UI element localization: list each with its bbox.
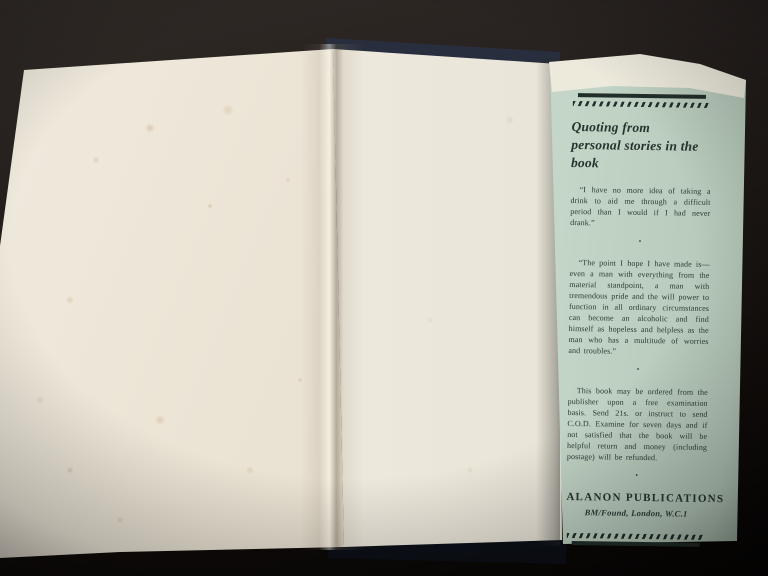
flap-printed-content: Quoting from personal stories in the boo… [566, 93, 712, 547]
flap-heading-line2: personal stories in the book [571, 136, 711, 174]
ornament-dash-row-top [573, 101, 711, 108]
ornament-bar-top [578, 93, 706, 99]
flap-heading: Quoting from personal stories in the boo… [571, 118, 712, 174]
section-bullet: ▪ [570, 237, 710, 247]
ordering-information: This book may be ordered from the publis… [567, 385, 708, 464]
personal-story-quote-1: “I have no more idea of taking a drink t… [570, 184, 711, 230]
publisher-name: ALANON PUBLICATIONS [566, 491, 706, 505]
ornament-bar-bottom [572, 541, 700, 547]
section-bullet: ▪ [567, 471, 707, 481]
ornament-group-bottom [566, 533, 706, 547]
book-gutter-crease [300, 44, 364, 550]
book-photo-scene: Quoting from personal stories in the boo… [0, 0, 768, 576]
ornament-dash-row-bottom [567, 533, 705, 540]
publisher-address: BM/Found, London, W.C.1 [566, 507, 706, 519]
section-bullet: ▪ [568, 365, 708, 375]
personal-story-quote-2: “The point I hope I have made is—even a … [568, 257, 709, 358]
flap-heading-line1: Quoting from [571, 118, 711, 138]
